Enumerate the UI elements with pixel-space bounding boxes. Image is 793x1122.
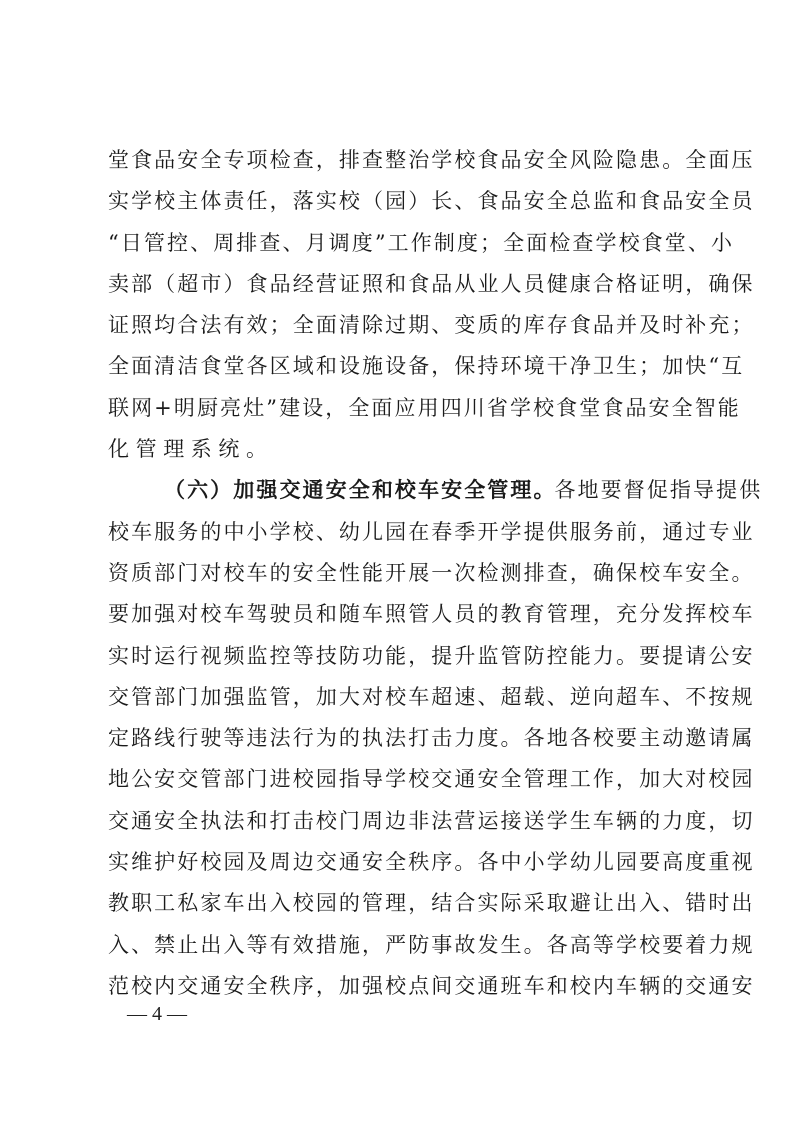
document-page: 堂 食 品 安 全 专 项 检 查 ， 排 查 整 治 学 校 食 品 安 全 … [0,0,793,1122]
section-heading-line: （ 六 ） 加 强 交 通 安 全 和 校 车 安 全 管 理 。各 地 要 督… [108,473,694,514]
text-line: 化管理系统。 [108,432,698,473]
text-line: 教 职 工 私 家 车 出 入 校 园 的 管 理 ， 结 合 实 际 采 取 … [108,886,694,927]
text-line: 全 面 清 洁 食 堂 各 区 域 和 设 施 设 备 ， 保 持 环 境 干 … [108,349,694,390]
text-line: 实 学 校 主 体 责 任 ， 落 实 校 （ 园 ） 长 、 食 品 安 全 … [108,184,694,225]
text-line: 堂 食 品 安 全 专 项 检 查 ， 排 查 整 治 学 校 食 品 安 全 … [108,143,694,184]
text-line: “ 日 管 控 、 周 排 查 、 月 调 度 ” 工 作 制 度 ； 全 面 … [108,226,694,267]
text-line: 范 校 内 交 通 安 全 秩 序 ， 加 强 校 点 间 交 通 班 车 和 … [108,969,694,1010]
section-heading: （ 六 ） 加 强 交 通 安 全 和 校 车 安 全 管 理 。 [164,478,554,502]
text-line: 资 质 部 门 对 校 车 的 安 全 性 能 开 展 一 次 检 测 排 查 … [108,556,694,597]
text-line: 入 、 禁 止 出 入 等 有 效 措 施 ， 严 防 事 故 发 生 。 各 … [108,928,694,969]
text-line: 卖 部 （ 超 市 ） 食 品 经 营 证 照 和 食 品 从 业 人 员 健 … [108,267,694,308]
text-line: 要 加 强 对 校 车 驾 驶 员 和 随 车 照 管 人 员 的 教 育 管 … [108,597,694,638]
text-line: 证 照 均 合 法 有 效 ； 全 面 清 除 过 期 、 变 质 的 库 存 … [108,308,694,349]
section-first-line-text: 各 地 要 督 促 指 导 提 供 [554,478,760,502]
body-text: 堂 食 品 安 全 专 项 检 查 ， 排 查 整 治 学 校 食 品 安 全 … [108,143,698,1010]
page-number: — 4 — [127,1003,187,1026]
text-line: 联 网 + 明 厨 亮 灶 ” 建 设 ， 全 面 应 用 四 川 省 学 校 … [108,391,694,432]
text-line: 交 管 部 门 加 强 监 管 ， 加 大 对 校 车 超 速 、 超 载 、 … [108,680,694,721]
text-line: 定 路 线 行 驶 等 违 法 行 为 的 执 法 打 击 力 度 。 各 地 … [108,721,694,762]
text-line: 校 车 服 务 的 中 小 学 校 、 幼 儿 园 在 春 季 开 学 提 供 … [108,515,694,556]
text-line: 实 时 运 行 视 频 监 控 等 技 防 功 能 ， 提 升 监 管 防 控 … [108,639,694,680]
text-line: 交 通 安 全 执 法 和 打 击 校 门 周 边 非 法 营 运 接 送 学 … [108,804,694,845]
text-line: 地 公 安 交 管 部 门 进 校 园 指 导 学 校 交 通 安 全 管 理 … [108,762,694,803]
text-line: 实 维 护 好 校 园 及 周 边 交 通 安 全 秩 序 。 各 中 小 学 … [108,845,694,886]
